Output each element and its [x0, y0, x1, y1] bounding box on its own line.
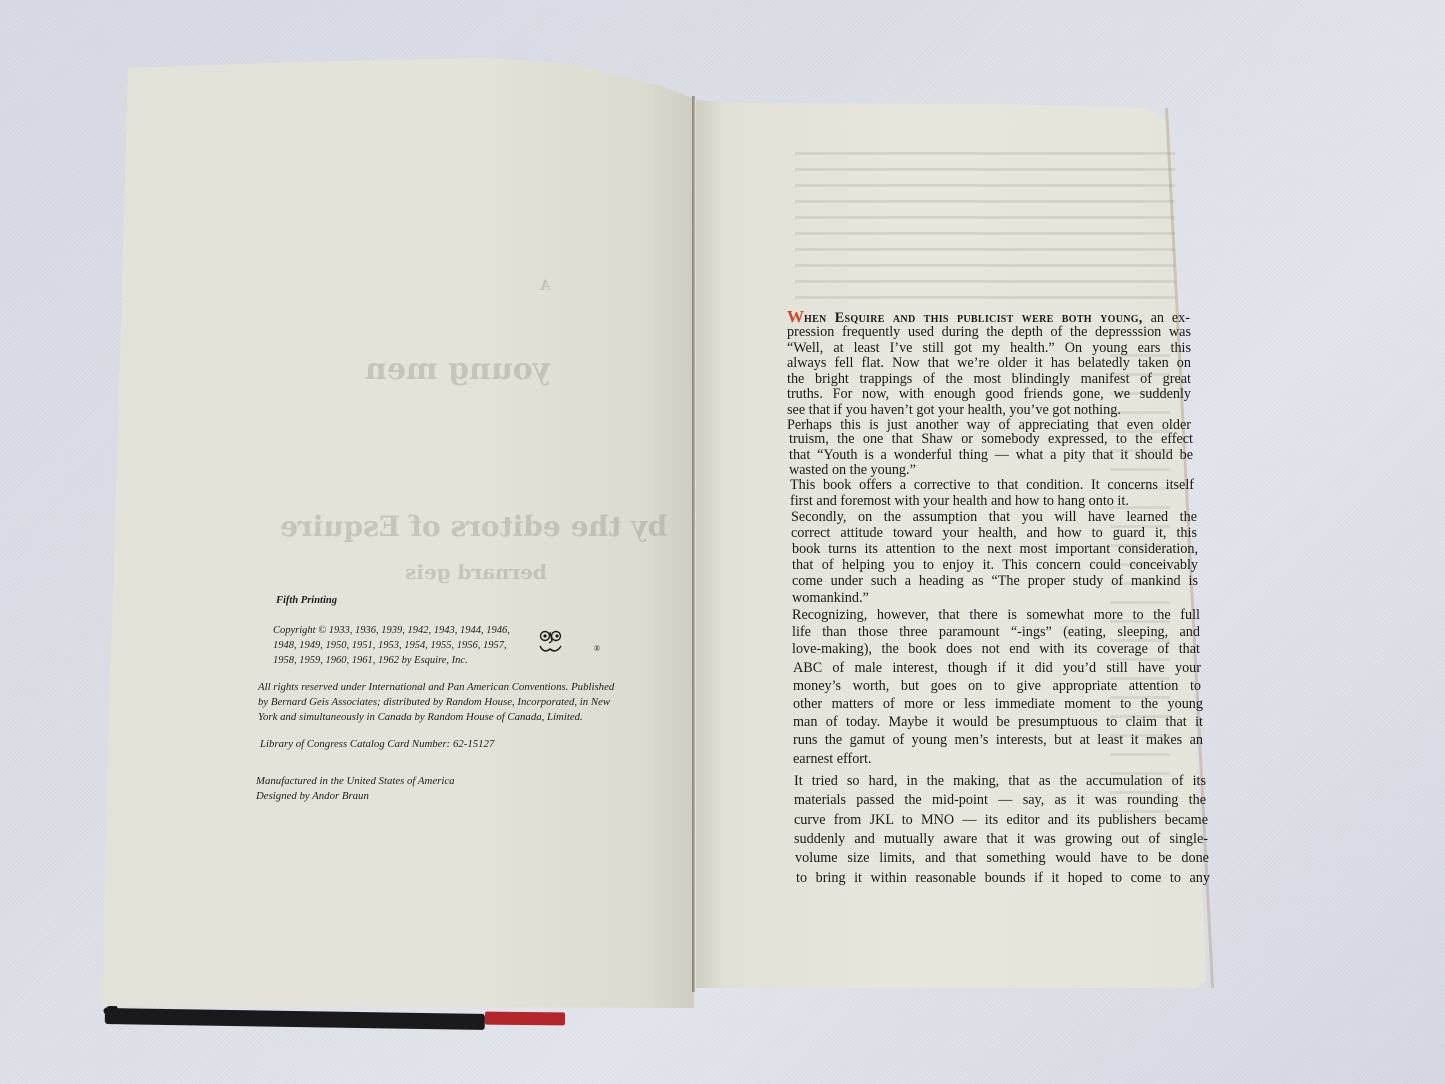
- text-line: to bring it within reasonable bounds if …: [796, 870, 1210, 887]
- text-line: truths. For now, with enough good friend…: [787, 386, 1191, 403]
- text-line: love-making), the book does not end with…: [792, 641, 1200, 658]
- text-line: always fell flat. Now that we’re older i…: [787, 355, 1191, 372]
- copyright-line: Copyright © 1933, 1936, 1939, 1942, 1943…: [273, 623, 533, 638]
- copyright-line: 1958, 1959, 1960, 1961, 1962 by Esquire,…: [273, 653, 533, 668]
- rights-line: All rights reserved under International …: [258, 680, 628, 695]
- copyright-line: 1948, 1949, 1950, 1951, 1953, 1954, 1955…: [273, 638, 533, 653]
- rights-notice: All rights reserved under International …: [258, 680, 628, 725]
- text-line: truism, the one that Shaw or somebody ex…: [789, 431, 1193, 448]
- copyright-notice: Copyright © 1933, 1936, 1939, 1942, 1943…: [273, 623, 533, 668]
- book-cover-black-edge: [105, 1008, 485, 1030]
- library-of-congress-number: Library of Congress Catalog Card Number:…: [260, 738, 494, 750]
- rights-line: by Bernard Geis Associates; distributed …: [258, 695, 628, 710]
- bleed-through-title: young men: [365, 352, 550, 387]
- text-line: womankind.”: [792, 590, 869, 607]
- text-line: other matters of more or less immediate …: [793, 696, 1203, 713]
- text-line: volume size limits, and that something w…: [795, 850, 1209, 867]
- text-line: It tried so hard, in the making, that as…: [794, 773, 1206, 790]
- text-line: ABC of male interest, though if it did y…: [793, 660, 1201, 677]
- text-line: Secondly, on the assumption that you wil…: [791, 509, 1197, 526]
- text-line: first and foremost with your health and …: [790, 493, 1129, 510]
- text-line: curve from JKL to MNO — its editor and i…: [794, 812, 1208, 829]
- bleed-through-text: A: [540, 278, 551, 294]
- rights-line: York and simultaneously in Canada by Ran…: [258, 710, 628, 725]
- text-line: correct attitude toward your health, and…: [791, 525, 1197, 542]
- bleed-through-publisher: bernard geis: [405, 560, 547, 584]
- text-line: come under such a heading as “The proper…: [792, 573, 1198, 590]
- text-line: materials passed the mid-point — say, as…: [794, 792, 1206, 809]
- text-line: suddenly and mutually aware that it was …: [794, 831, 1208, 848]
- text-line: that of helping you to enjoy it. This co…: [792, 557, 1198, 574]
- text-line: Recognizing, however, that there is some…: [792, 607, 1200, 624]
- esquire-esky-face-icon: [539, 629, 565, 657]
- text-line: This book offers a corrective to that co…: [790, 477, 1194, 494]
- manufacturing-credits: Manufactured in the United States of Ame…: [256, 774, 455, 804]
- registered-trademark: ®: [594, 644, 600, 653]
- text-line: earnest effort.: [793, 751, 872, 768]
- book-cover-red-edge: [485, 1012, 565, 1026]
- text-line: money’s worth, but goes on to give appro…: [793, 678, 1201, 695]
- book-gutter: [692, 96, 695, 992]
- text-line: book turns its attention to the next mos…: [792, 541, 1198, 558]
- designer-line: Designed by Andor Braun: [256, 789, 455, 804]
- text-line: pression frequently used during the dept…: [787, 324, 1191, 341]
- text-line: runs the gamut of young men’s interests,…: [793, 732, 1203, 749]
- printing-label: Fifth Printing: [276, 595, 337, 606]
- bleed-through-lines: [795, 140, 1175, 300]
- manufactured-line: Manufactured in the United States of Ame…: [256, 774, 455, 789]
- text-line: life than those three paramount “-ings” …: [792, 624, 1200, 641]
- bleed-through-byline: by the editors of Esquire: [280, 510, 667, 543]
- text-line: man of today. Maybe it would be presumpt…: [793, 714, 1203, 731]
